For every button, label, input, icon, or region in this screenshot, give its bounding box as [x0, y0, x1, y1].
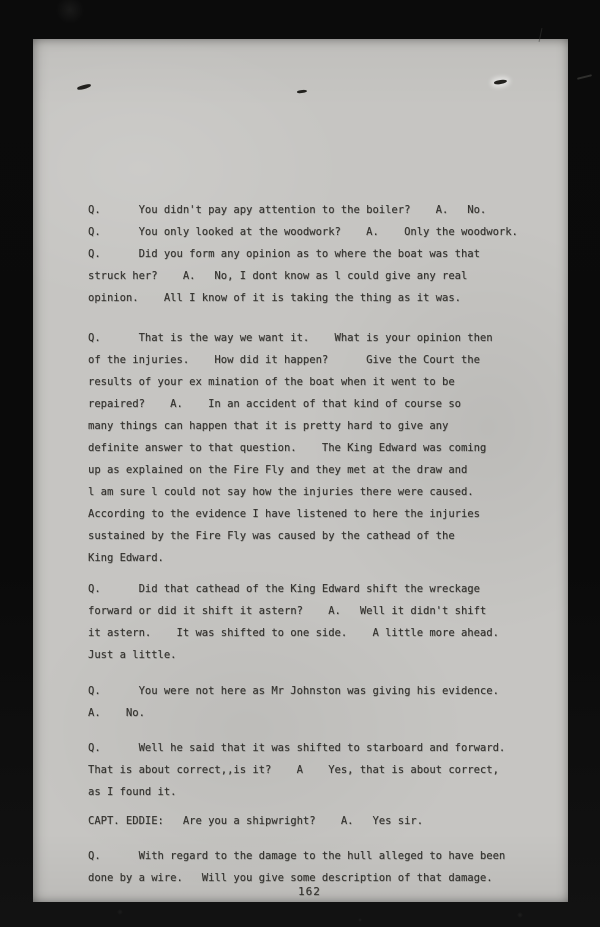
ink-dash-mark	[494, 79, 507, 85]
transcript-line: as I found it.	[88, 781, 566, 803]
transcript-line: many things can happen that it is pretty…	[88, 415, 566, 437]
transcript-paragraph: CAPT. EDDIE: Are you a shipwright? A. Ye…	[88, 810, 566, 832]
transcript-line: CAPT. EDDIE: Are you a shipwright? A. Ye…	[88, 810, 566, 832]
document-page: Q. You didn't pay apy attention to the b…	[33, 39, 568, 902]
transcript-line: sustained by the Fire Fly was caused by …	[88, 525, 566, 547]
transcript-line: definite answer to that question. The Ki…	[88, 437, 566, 459]
film-scratch-mark	[577, 74, 592, 80]
transcript-line: Q. You were not here as Mr Johnston was …	[88, 680, 566, 702]
transcript-line: Q. With regard to the damage to the hull…	[88, 845, 566, 867]
transcript-paragraph: Q. Well he said that it was shifted to s…	[88, 737, 566, 803]
transcript-line: it astern. It was shifted to one side. A…	[88, 622, 566, 644]
transcript-line: Q. Did you form any opinion as to where …	[88, 243, 566, 265]
transcript-line: repaired? A. In an accident of that kind…	[88, 393, 566, 415]
transcript-paragraph: Q. Did that cathead of the King Edward s…	[88, 578, 566, 666]
ink-dash-mark	[297, 89, 307, 93]
transcript-line: struck her? A. No, I dont know as l coul…	[88, 265, 566, 287]
scan-background: { "page": { "number": "162", "paragraphs…	[0, 0, 600, 927]
transcript-line: Q. Did that cathead of the King Edward s…	[88, 578, 566, 600]
transcript-paragraph: Q. That is the way we want it. What is y…	[88, 327, 566, 569]
ink-dash-mark	[77, 83, 91, 90]
transcript-line: Q. You didn't pay apy attention to the b…	[88, 199, 566, 221]
transcript-line: up as explained on the Fire Fly and they…	[88, 459, 566, 481]
transcript-line: A. No.	[88, 702, 566, 724]
transcript-line: Just a little.	[88, 644, 566, 666]
transcript-line: Q. That is the way we want it. What is y…	[88, 327, 566, 349]
transcript-paragraph: Q. You didn't pay apy attention to the b…	[88, 199, 566, 309]
transcript-line: results of your ex mination of the boat …	[88, 371, 566, 393]
transcript-line: King Edward.	[88, 547, 566, 569]
transcript-paragraph: Q. With regard to the damage to the hull…	[88, 845, 566, 889]
transcript-line: l am sure l could not say how the injuri…	[88, 481, 566, 503]
transcript-paragraph: Q. You were not here as Mr Johnston was …	[88, 680, 566, 724]
transcript-line: That is about correct,,is it? A Yes, tha…	[88, 759, 566, 781]
transcript-line: of the injuries. How did it happen? Give…	[88, 349, 566, 371]
transcript-line: Q. You only looked at the woodwork? A. O…	[88, 221, 566, 243]
transcript-line: done by a wire. Will you give some descr…	[88, 867, 566, 889]
transcript-line: opinion. All I know of it is taking the …	[88, 287, 566, 309]
page-number: 162	[298, 885, 321, 898]
transcript-line: forward or did it shift it astern? A. We…	[88, 600, 566, 622]
transcript-line: According to the evidence I have listene…	[88, 503, 566, 525]
transcript-line: Q. Well he said that it was shifted to s…	[88, 737, 566, 759]
